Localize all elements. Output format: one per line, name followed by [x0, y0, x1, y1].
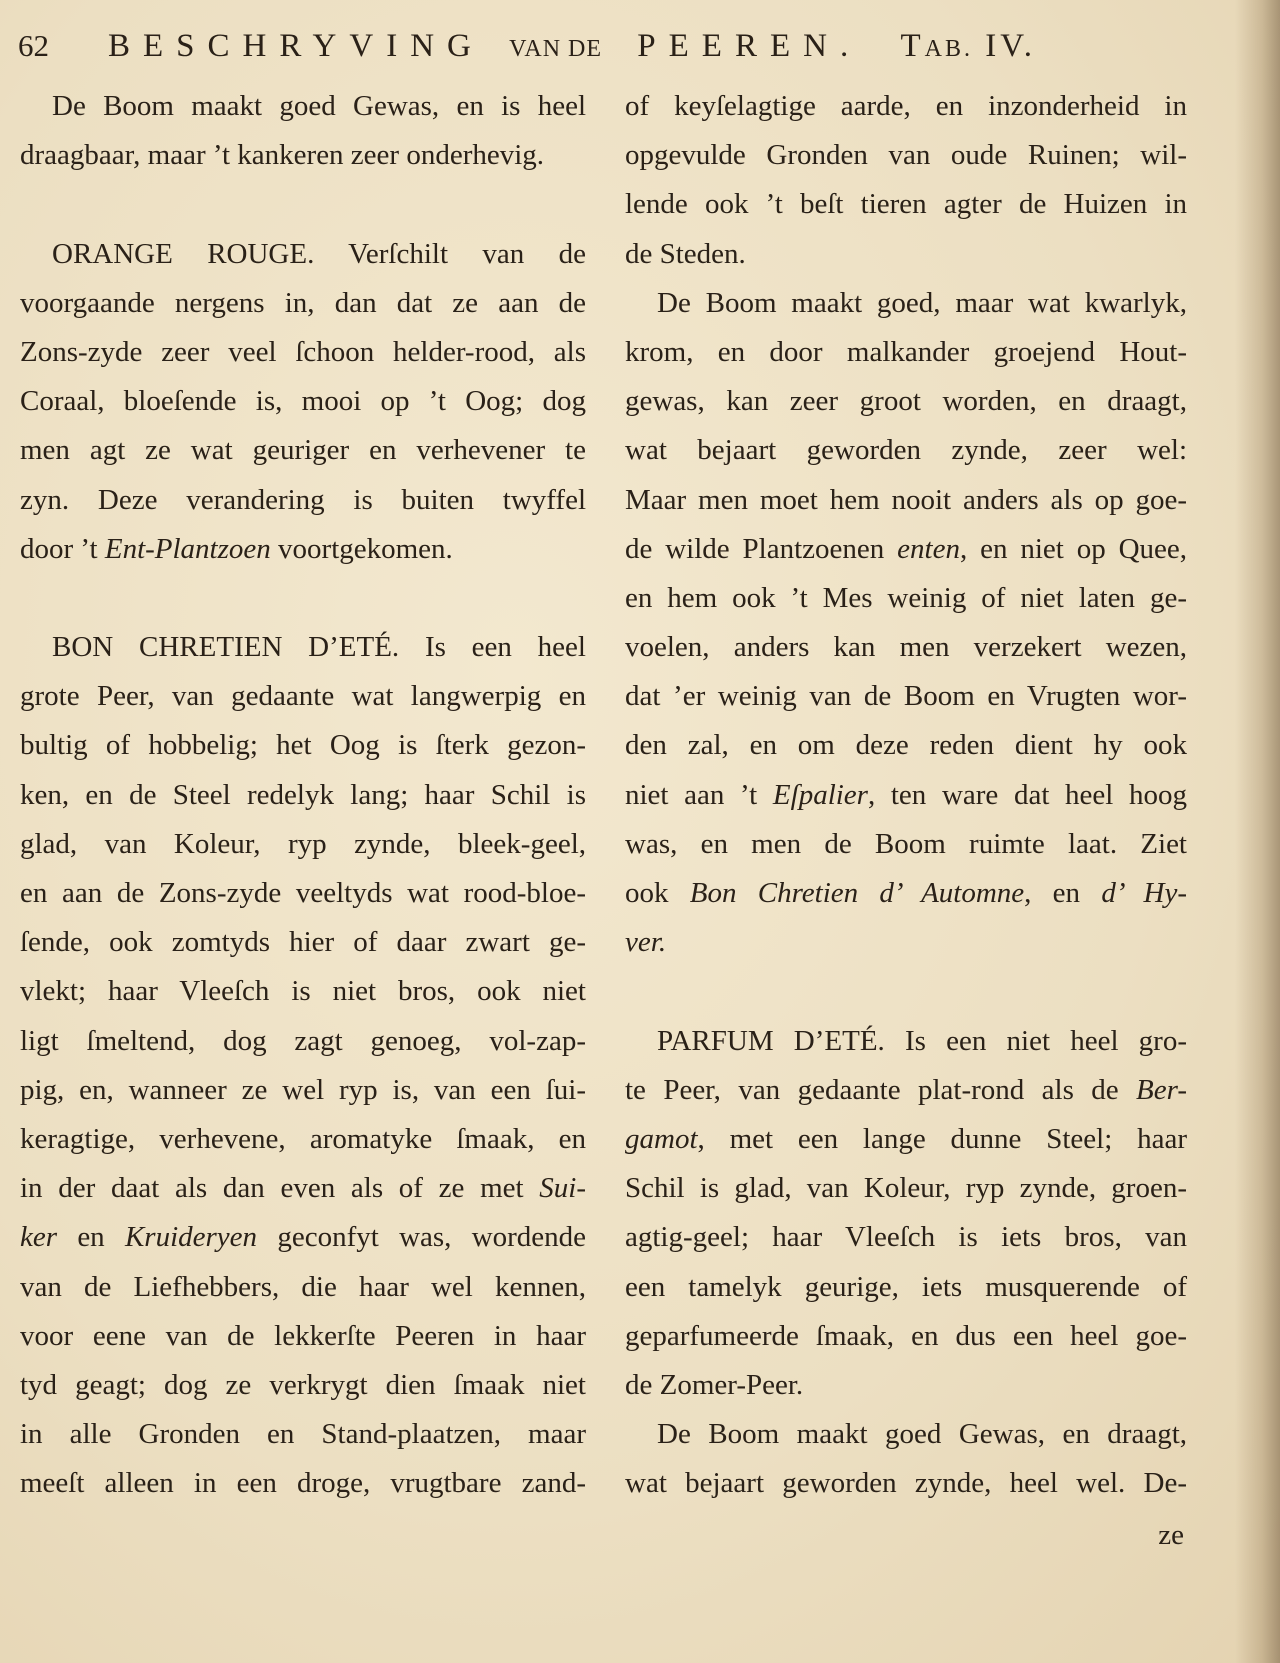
text-line: keragtige, verhevene, aromatyke ſmaak, e…	[20, 1115, 586, 1164]
text-line: niet aan ’t Eſpalier, ten ware dat heel …	[625, 771, 1187, 820]
text-line: draagbaar, maar ’t kankeren zeer onderhe…	[20, 131, 586, 180]
text-line: zyn. Deze verandering is buiten twyffel	[20, 476, 586, 525]
italic-term: Bon Chretien d’ Automne	[690, 877, 1024, 909]
text-line: geparfumeerde ſmaak, en dus een heel goe…	[625, 1312, 1187, 1361]
text-line: den zal, en om deze reden dient hy ook	[625, 721, 1187, 770]
text-line: meeſt alleen in een droge, vrugtbare zan…	[20, 1459, 586, 1508]
text-line: of keyſelagtige aarde, en inzonderheid i…	[625, 82, 1187, 131]
text-line: glad, van Koleur, ryp zynde, bleek-geel,	[20, 820, 586, 869]
italic-term: Ent-Plantzoen	[105, 533, 271, 565]
text-line: was, en men de Boom ruimte laat. Ziet	[625, 820, 1187, 869]
text-line: pig, en, wanneer ze wel ryp is, van een …	[20, 1066, 586, 1115]
text-line: De Boom maakt goed Gewas, en draagt,	[625, 1410, 1187, 1459]
text-line: Schil is glad, van Koleur, ryp zynde, gr…	[625, 1164, 1187, 1213]
text-line: Zons-zyde zeer veel ſchoon helder-rood, …	[20, 328, 586, 377]
text-line: ver.	[625, 918, 1187, 967]
text-line: een tamelyk geurige, iets musquerende of	[625, 1263, 1187, 1312]
left-column: De Boom maakt goed Gewas, en is heel dra…	[20, 82, 586, 1508]
text-line: ken, en de Steel redelyk lang; haar Schi…	[20, 771, 586, 820]
tab-number: IV.	[985, 28, 1036, 64]
text-line: Coraal, bloeſende is, mooi op ’t Oog; do…	[20, 377, 586, 426]
running-header: 62 BESCHRYVING VAN DE PEEREN. TAB. IV.	[18, 28, 1210, 78]
text-line: van de Liefhebbers, die haar wel kennen,	[20, 1263, 586, 1312]
text-line: voorgaande nergens in, dan dat ze aan de	[20, 279, 586, 328]
italic-term: enten	[897, 533, 960, 565]
tab-prefix: T	[900, 28, 924, 64]
right-column: of keyſelagtige aarde, en inzonderheid i…	[625, 82, 1187, 1508]
text-line: De Boom maakt goed Gewas, en is heel	[20, 82, 586, 131]
text-line: dat ’er weinig van de Boom en Vrugten wo…	[625, 672, 1187, 721]
italic-term: Sui-	[539, 1172, 586, 1204]
italic-term: ker	[20, 1221, 57, 1253]
text-line: en aan de Zons-zyde veeltyds wat rood-bl…	[20, 869, 586, 918]
text-line: in alle Gronden en Stand-plaatzen, maar	[20, 1410, 586, 1459]
italic-term: d’ Hy-	[1101, 877, 1187, 909]
text-line: voelen, anders kan men verzekert wezen,	[625, 623, 1187, 672]
page-number: 62	[18, 28, 108, 64]
text-line: door ’t Ent-Plantzoen voortgekomen.	[20, 525, 586, 574]
text-line: men agt ze wat geuriger en verhevener te	[20, 426, 586, 475]
italic-term: ver.	[625, 926, 666, 958]
entry-heading-orange-rouge: ORANGE ROUGE.	[52, 238, 314, 270]
italic-term: Kruideryen	[125, 1221, 257, 1253]
text-line: opgevulde Gronden van oude Ruinen; wil-	[625, 131, 1187, 180]
text-line: grote Peer, van gedaante wat langwerpig …	[20, 672, 586, 721]
text-line: wat bejaart geworden zynde, zeer wel:	[625, 426, 1187, 475]
text-line: gewas, kan zeer groot worden, en draagt,	[625, 377, 1187, 426]
book-page: 62 BESCHRYVING VAN DE PEEREN. TAB. IV. D…	[0, 0, 1280, 1663]
text-line: ligt ſmeltend, dog zagt genoeg, vol-zap-	[20, 1017, 586, 1066]
text-line: Maar men moet hem nooit anders als op go…	[625, 476, 1187, 525]
entry-heading-bon-chretien: BON CHRETIEN D’ETÉ.	[52, 631, 399, 663]
text-line: voor eene van de lekkerſte Peeren in haa…	[20, 1312, 586, 1361]
text-line: de wilde Plantzoenen enten, en niet op Q…	[625, 525, 1187, 574]
text-line: krom, en door malkander groejend Hout-	[625, 328, 1187, 377]
text-line: ook Bon Chretien d’ Automne, en d’ Hy-	[625, 869, 1187, 918]
entry-parfum-first-line: PARFUM D’ETÉ. Is een niet heel gro-	[625, 1017, 1187, 1066]
text-line: De Boom maakt goed, maar wat kwarlyk,	[625, 279, 1187, 328]
text-line: vlekt; haar Vleeſch is niet bros, ook ni…	[20, 967, 586, 1016]
italic-term: Ber-	[1136, 1074, 1187, 1106]
running-title-word-2: PEEREN.	[637, 28, 861, 64]
running-title-word-1: BESCHRYVING	[108, 28, 484, 64]
running-title: BESCHRYVING VAN DE PEEREN. TAB. IV.	[108, 28, 1036, 65]
plate-reference: TAB. IV.	[900, 28, 1036, 64]
text-line: te Peer, van gedaante plat-rond als de B…	[625, 1066, 1187, 1115]
entry-heading-parfum-d-ete: PARFUM D’ETÉ.	[657, 1025, 885, 1057]
italic-term: Eſpalier	[773, 779, 868, 811]
text-line: lende ook ’t beſt tieren agter de Huizen…	[625, 180, 1187, 229]
text-line: bultig of hobbelig; het Oog is ſterk gez…	[20, 721, 586, 770]
catchword: ze	[1158, 1519, 1184, 1552]
text-line: agtig-geel; haar Vleeſch is iets bros, v…	[625, 1213, 1187, 1262]
text-line: in der daat als dan even als of ze met S…	[20, 1164, 586, 1213]
italic-term: gamot	[625, 1123, 698, 1155]
text-line: wat bejaart geworden zynde, heel wel. De…	[625, 1459, 1187, 1508]
text-line: gamot, met een lange dunne Steel; haar	[625, 1115, 1187, 1164]
text-line: ker en Kruideryen geconfyt was, wordende	[20, 1213, 586, 1262]
tab-smallcaps: AB.	[925, 36, 973, 62]
entry-orange-rouge-first-line: ORANGE ROUGE. Verſchilt van de	[20, 230, 586, 279]
text-line: tyd geagt; dog ze verkrygt dien ſmaak ni…	[20, 1361, 586, 1410]
text-line: en hem ook ’t Mes weinig of niet laten g…	[625, 574, 1187, 623]
text-line: de Zomer-Peer.	[625, 1361, 1187, 1410]
running-title-van-de: VAN DE	[509, 36, 602, 62]
text-line: de Steden.	[625, 230, 1187, 279]
text-line: ſende, ook zomtyds hier of daar zwart ge…	[20, 918, 586, 967]
entry-bon-chretien-first-line: BON CHRETIEN D’ETÉ. Is een heel	[20, 623, 586, 672]
